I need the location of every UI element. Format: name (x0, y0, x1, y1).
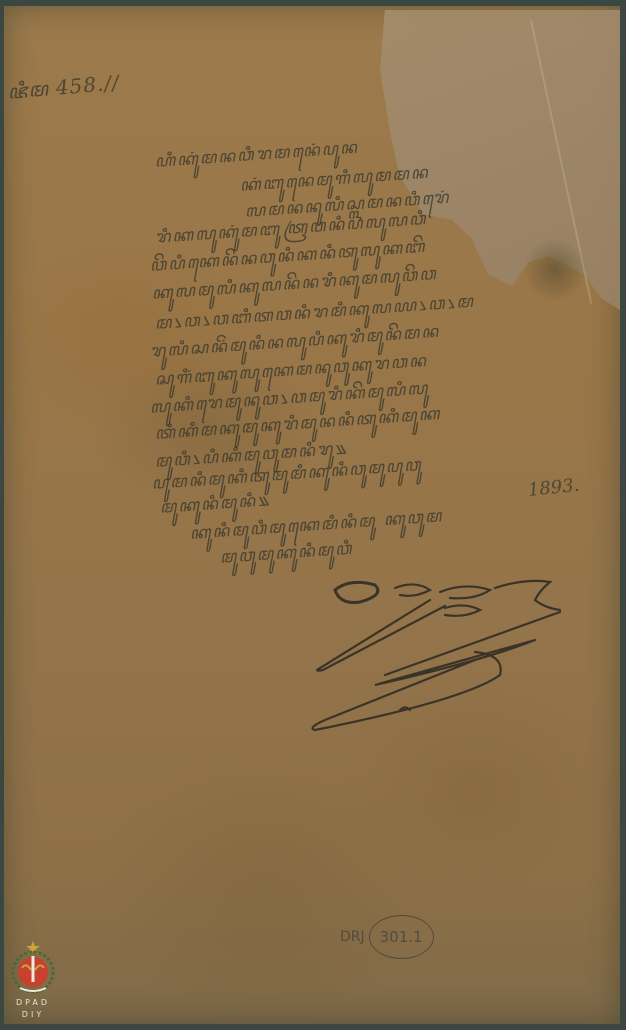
archive-ref-number: 301.1 (369, 915, 434, 959)
ink-stain (520, 240, 590, 300)
dpad-diy-logo: DPAD DIY (6, 940, 60, 1026)
logo-text-line2: DIY (22, 1010, 44, 1020)
document-scan: ꦗꦶꦩ 458.// ꦲꦶꦏꦸꦁꦩꦤꦮꦶꦫꦩꦤꦺꦁꦥꦸꦤ ꦏꦁꦧꦸꦤꦺꦩꦸꦒꦶꦭ… (0, 0, 626, 1030)
emblem-icon (8, 940, 58, 996)
signature (305, 560, 565, 740)
logo-text-line1: DPAD (16, 998, 50, 1008)
archive-ref-prefix: DRJ (340, 929, 365, 945)
archive-reference: DRJ 301.1 (340, 915, 434, 959)
